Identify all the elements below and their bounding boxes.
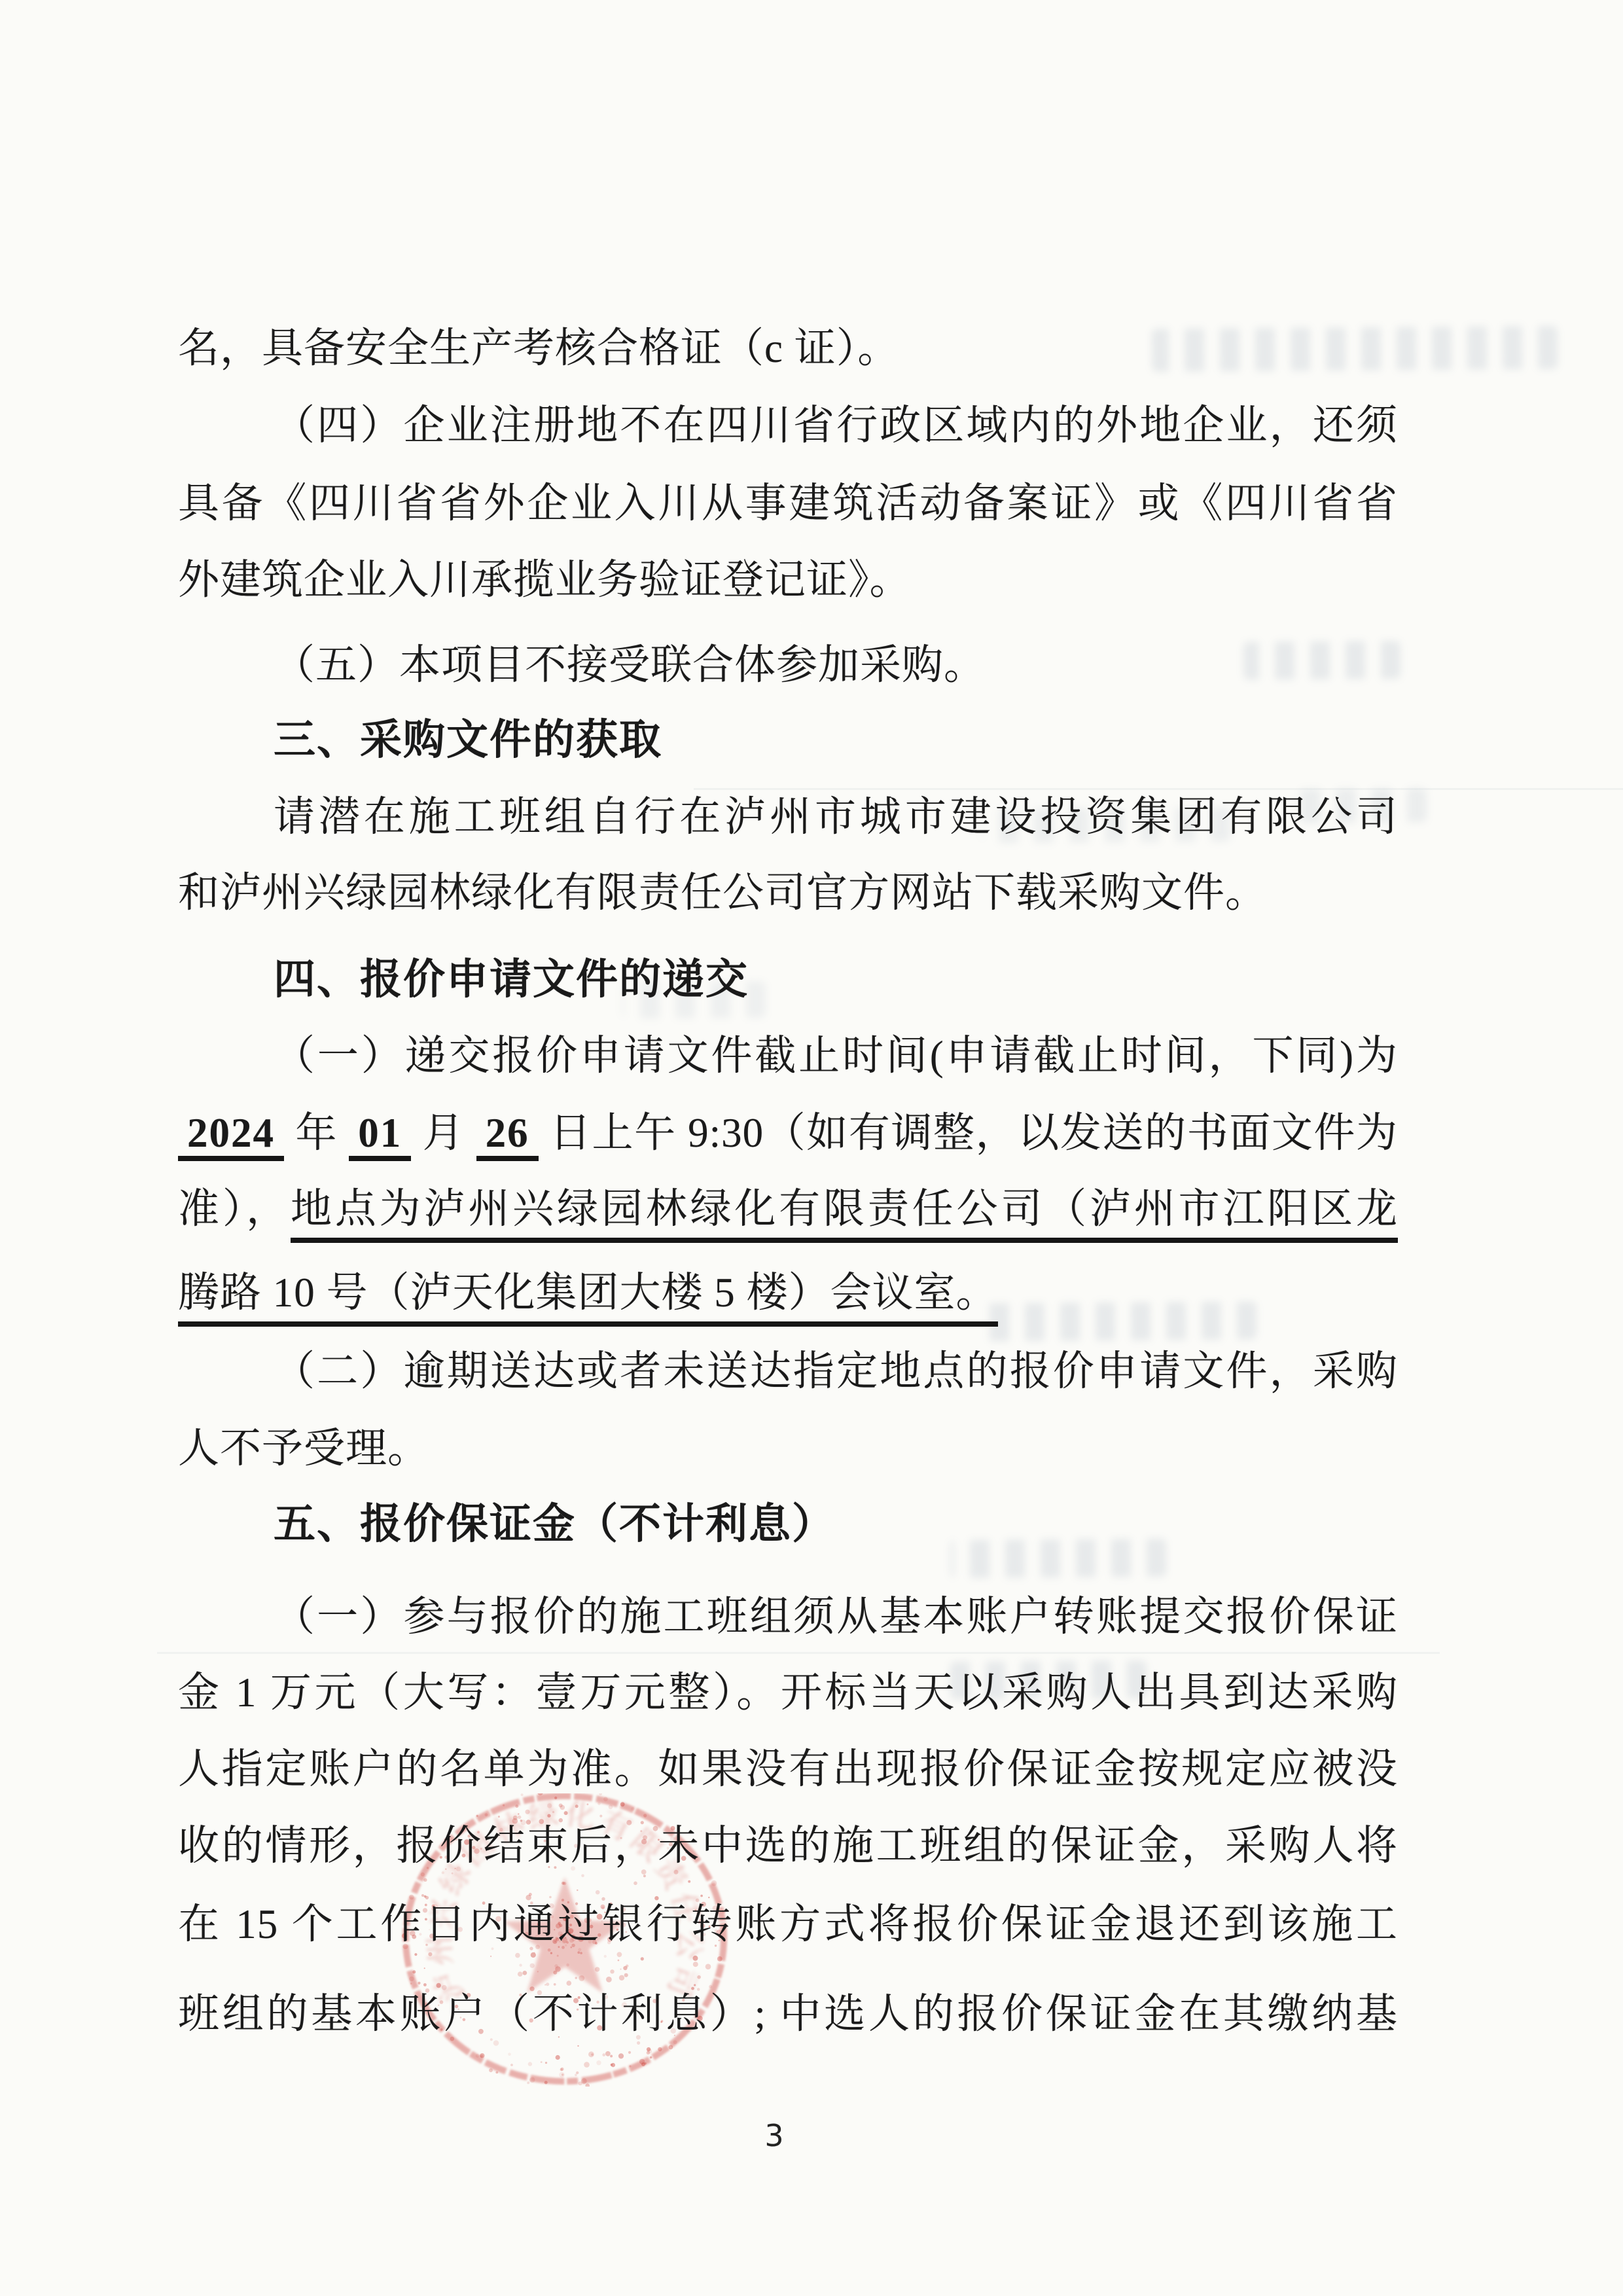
line-text: 人不予受理。 bbox=[178, 1426, 429, 1471]
text-line: 人指定账户的名单为准。如果没有出现报价保证金按规定应被没 bbox=[178, 1747, 1398, 1791]
line-text: 请潜在施工班组自行在泸州市城市建设投资集团有限公司 bbox=[274, 794, 1398, 840]
text-line: 外建筑企业入川承揽业务验证登记证》。 bbox=[178, 558, 1398, 602]
scan-streak bbox=[694, 788, 1623, 790]
text-line: 在 15 个工作日内通过银行转账方式将报价保证金退还到该施工 bbox=[178, 1902, 1398, 1946]
line-text: （一）参与报价的施工班组须从基本账户转账提交报价保证 bbox=[274, 1594, 1398, 1640]
text-line-deadline-date: 2024 年 01 月 26 日上午 9:30（如有调整，以发送的书面文件为 bbox=[178, 1111, 1398, 1155]
heading-text: 三、采购文件的获取 bbox=[274, 716, 662, 763]
line-text: 和泸州兴绿园林绿化有限责任公司官方网站下载采购文件。 bbox=[178, 870, 1267, 916]
scan-streak bbox=[157, 1652, 1440, 1654]
text-line: 和泸州兴绿园林绿化有限责任公司官方网站下载采购文件。 bbox=[178, 870, 1398, 915]
text-line: （一）参与报价的施工班组须从基本账户转账提交报价保证 bbox=[178, 1594, 1398, 1639]
text-line: （二）逾期送达或者未送达指定地点的报价申请文件，采购 bbox=[178, 1349, 1398, 1393]
text-line-address: 腾路 10 号（泸天化集团大楼 5 楼）会议室。 bbox=[178, 1270, 1398, 1315]
line-text: 日上午 9:30（如有调整，以发送的书面文件为 bbox=[539, 1110, 1398, 1156]
line-text: 班组的基本账户（不计利息）; 中选人的报价保证金在其缴纳基 bbox=[178, 1991, 1398, 2037]
heading-text: 五、报价保证金（不计利息） bbox=[274, 1500, 835, 1547]
line-text: 名，具备安全生产考核合格证（c 证）。 bbox=[178, 325, 899, 371]
text-line: 收的情形，报价结束后，未中选的施工班组的保证金，采购人将 bbox=[178, 1823, 1398, 1868]
document-page: { "page": { "number": "3", "background":… bbox=[0, 0, 1623, 2296]
text-line: 名，具备安全生产考核合格证（c 证）。 bbox=[178, 326, 1398, 370]
line-text: （四）企业注册地不在四川省行政区域内的外地企业，还须 bbox=[274, 403, 1398, 448]
text-line: 人不予受理。 bbox=[178, 1426, 1398, 1471]
line-text: （五）本项目不接受联合体参加采购。 bbox=[274, 642, 986, 688]
section-heading: 四、报价申请文件的递交 bbox=[178, 957, 1398, 1002]
text-line: （一）递交报价申请文件截止时间(申请截止时间，下同)为 bbox=[178, 1033, 1398, 1078]
underlined-month: 01 bbox=[349, 1110, 411, 1161]
text-line: 班组的基本账户（不计利息）; 中选人的报价保证金在其缴纳基 bbox=[178, 1992, 1398, 2036]
line-text: 金 1 万元（大写：壹万元整）。开标当天以采购人出具到达采购 bbox=[178, 1670, 1398, 1715]
line-text: 月 bbox=[411, 1110, 476, 1156]
line-text: 外建筑企业入川承揽业务验证登记证》。 bbox=[178, 557, 912, 603]
line-text: 收的情形，报价结束后，未中选的施工班组的保证金，采购人将 bbox=[178, 1823, 1398, 1869]
underlined-address: 腾路 10 号（泸天化集团大楼 5 楼）会议室。 bbox=[178, 1270, 998, 1327]
line-text: 具备《四川省省外企业入川从事建筑活动备案证》或《四川省省 bbox=[178, 480, 1398, 526]
line-text: 人指定账户的名单为准。如果没有出现报价保证金按规定应被没 bbox=[178, 1746, 1398, 1792]
text-line: 金 1 万元（大写：壹万元整）。开标当天以采购人出具到达采购 bbox=[178, 1670, 1398, 1715]
underlined-day: 26 bbox=[476, 1110, 539, 1161]
page-number: 3 bbox=[738, 2118, 810, 2153]
text-line: （四）企业注册地不在四川省行政区域内的外地企业，还须 bbox=[178, 403, 1398, 448]
line-text: 年 bbox=[284, 1110, 349, 1156]
line-text: 准）， bbox=[178, 1186, 291, 1232]
text-line: 请潜在施工班组自行在泸州市城市建设投资集团有限公司 bbox=[178, 795, 1398, 839]
line-text: （二）逾期送达或者未送达指定地点的报价申请文件，采购 bbox=[274, 1348, 1398, 1394]
line-text: （一）递交报价申请文件截止时间(申请截止时间，下同)为 bbox=[274, 1033, 1398, 1079]
underlined-year: 2024 bbox=[178, 1110, 284, 1161]
line-text: 在 15 个工作日内通过银行转账方式将报价保证金退还到该施工 bbox=[178, 1901, 1398, 1947]
text-line: 具备《四川省省外企业入川从事建筑活动备案证》或《四川省省 bbox=[178, 481, 1398, 526]
heading-text: 四、报价申请文件的递交 bbox=[274, 956, 749, 1003]
text-line-address: 准），地点为泸州兴绿园林绿化有限责任公司（泸州市江阳区龙 bbox=[178, 1187, 1398, 1231]
section-heading: 五、报价保证金（不计利息） bbox=[178, 1501, 1398, 1547]
text-line: （五）本项目不接受联合体参加采购。 bbox=[178, 643, 1398, 687]
underlined-address: 地点为泸州兴绿园林绿化有限责任公司（泸州市江阳区龙 bbox=[291, 1186, 1398, 1243]
section-heading: 三、采购文件的获取 bbox=[178, 717, 1398, 762]
